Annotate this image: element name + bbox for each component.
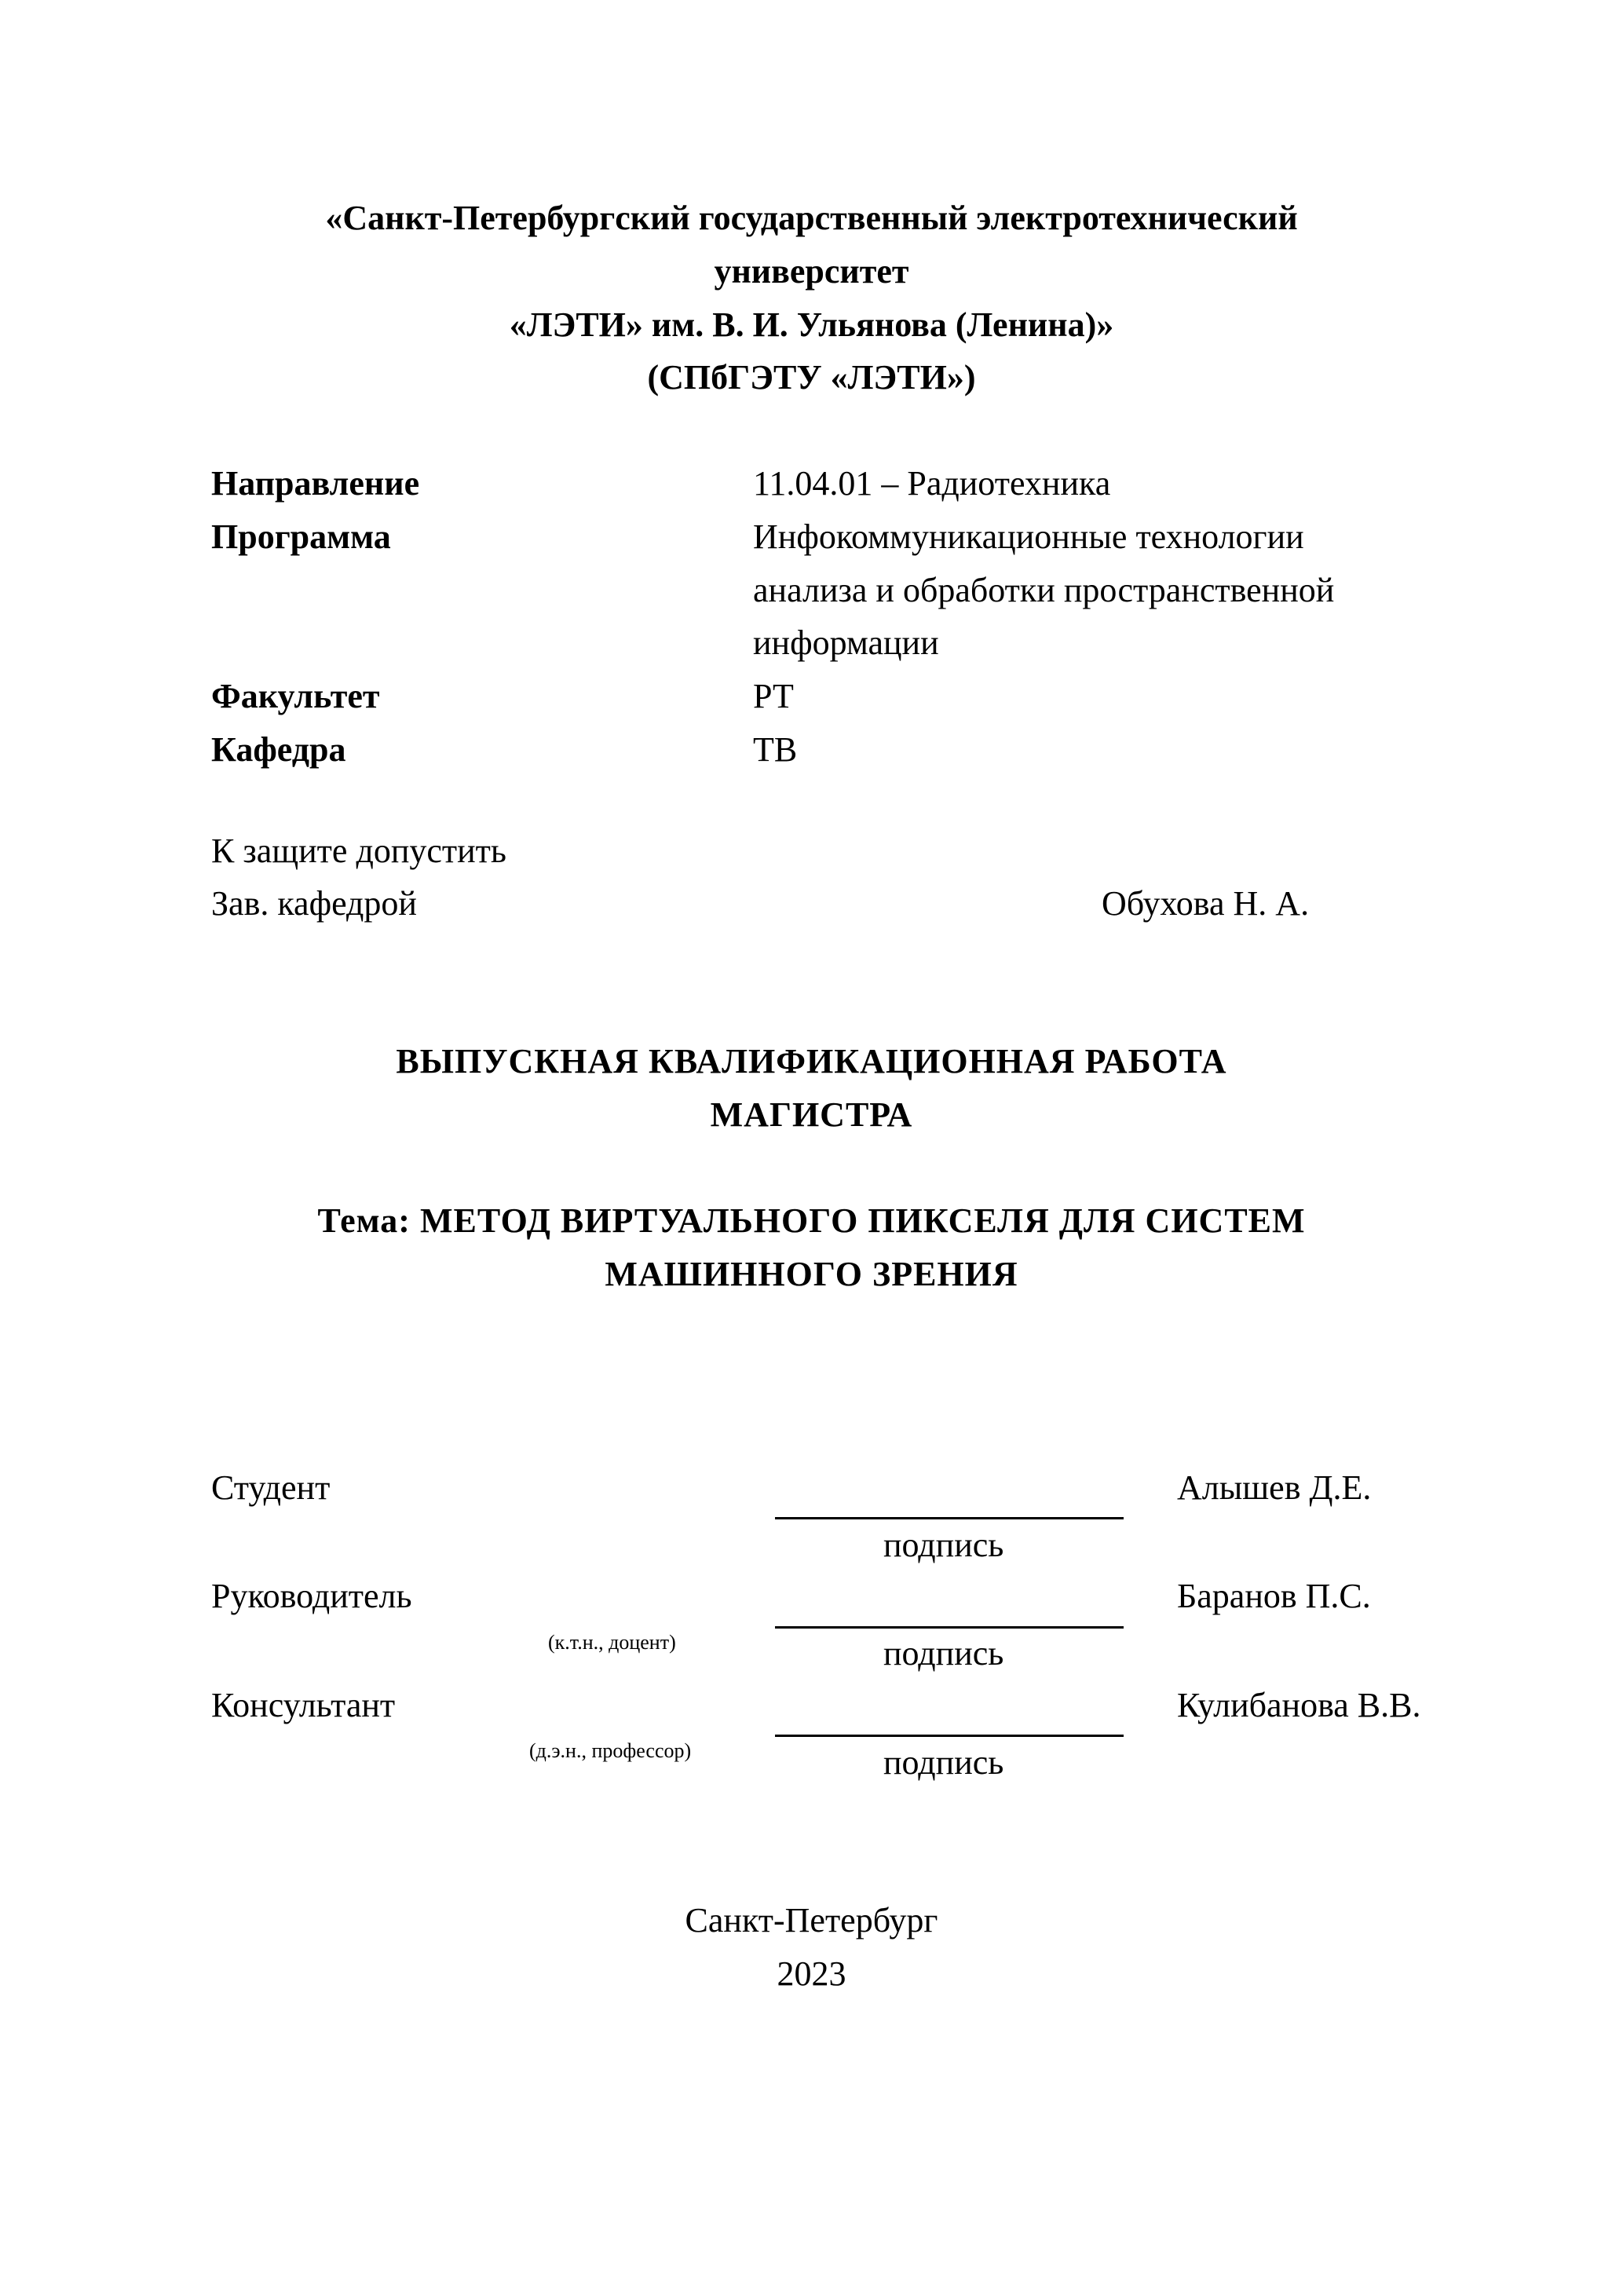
work-title-line-2: МАГИСТРА	[0, 1088, 1623, 1142]
consultant-signature-caption: подпись	[883, 1736, 1003, 1790]
university-name-line-3: «ЛЭТИ» им. В. И. Ульянова (Ленина)»	[0, 298, 1623, 352]
supervisor-role: Руководитель	[211, 1570, 412, 1623]
direction-label: Направление	[211, 457, 419, 510]
consultant-role: Консультант	[211, 1679, 395, 1732]
program-value-line-3: информации	[753, 616, 939, 670]
faculty-label: Факультет	[211, 670, 379, 723]
topic-line-2: МАШИННОГО ЗРЕНИЯ	[0, 1248, 1623, 1301]
student-signature-caption: подпись	[883, 1519, 1003, 1572]
consultant-degree: (д.э.н., профессор)	[529, 1735, 691, 1767]
topic-line-1: Тема: МЕТОД ВИРТУАЛЬНОГО ПИКСЕЛЯ ДЛЯ СИС…	[0, 1194, 1623, 1248]
footer-year: 2023	[0, 1947, 1623, 2001]
program-value-line-2: анализа и обработки пространственной	[753, 564, 1334, 617]
approval-name: Обухова Н. А.	[1102, 877, 1309, 930]
supervisor-name: Баранов П.С.	[1177, 1570, 1371, 1623]
department-label: Кафедра	[211, 723, 345, 777]
consultant-name: Кулибанова В.В.	[1177, 1679, 1421, 1732]
student-role: Студент	[211, 1461, 330, 1515]
approval-role: Зав. кафедрой	[211, 877, 417, 930]
department-value: ТВ	[753, 723, 797, 777]
university-name-line-1: «Санкт-Петербургский государственный эле…	[0, 192, 1623, 245]
approval-text: К защите допустить	[211, 824, 506, 878]
university-name-line-2: университет	[0, 245, 1623, 298]
footer-city: Санкт-Петербург	[0, 1894, 1623, 1947]
supervisor-degree: (к.т.н., доцент)	[548, 1627, 676, 1658]
program-value-line-1: Инфокоммуникационные технологии	[753, 510, 1304, 564]
program-label: Программа	[211, 510, 391, 564]
supervisor-signature-caption: подпись	[883, 1627, 1003, 1680]
faculty-value: РТ	[753, 670, 794, 723]
university-abbreviation: (СПбГЭТУ «ЛЭТИ»)	[0, 351, 1623, 404]
student-name: Алышев Д.Е.	[1177, 1461, 1371, 1515]
direction-value: 11.04.01 – Радиотехника	[753, 457, 1110, 510]
work-title-line-1: ВЫПУСКНАЯ КВАЛИФИКАЦИОННАЯ РАБОТА	[0, 1035, 1623, 1088]
